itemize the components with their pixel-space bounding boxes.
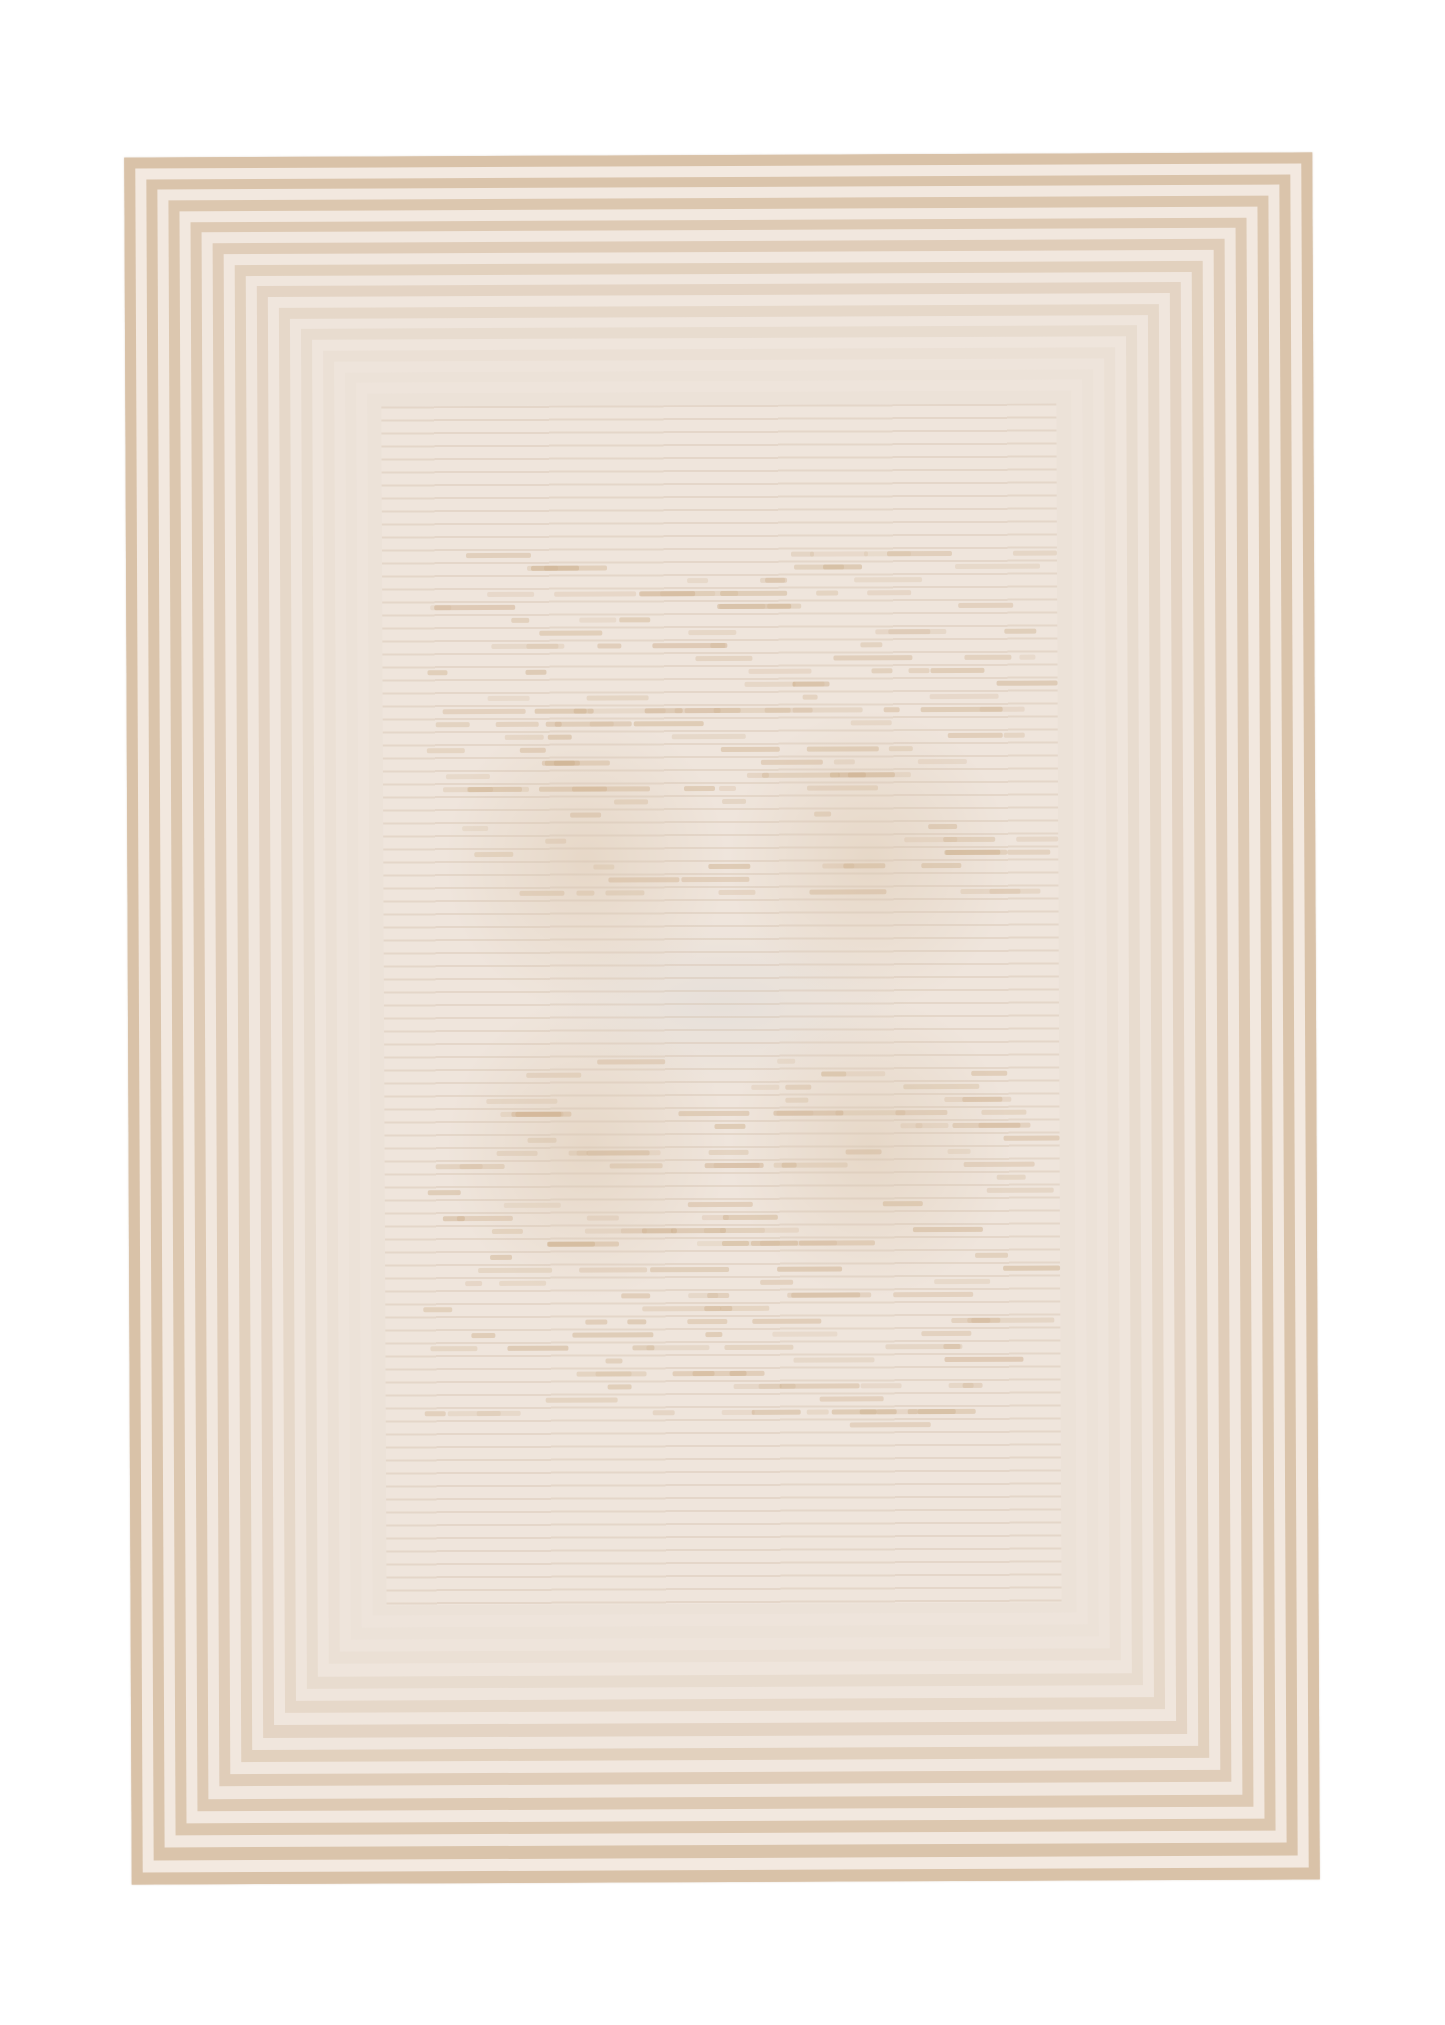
field-streak bbox=[436, 722, 471, 727]
field-streak bbox=[963, 1162, 1035, 1167]
field-streak bbox=[520, 748, 546, 753]
field-streak bbox=[767, 604, 801, 609]
field-streak bbox=[606, 890, 644, 895]
field-streak bbox=[765, 578, 787, 583]
field-streak bbox=[955, 564, 1039, 569]
field-streak bbox=[761, 760, 824, 765]
rug bbox=[124, 152, 1320, 1884]
field-streak bbox=[539, 787, 607, 792]
product-photo bbox=[0, 0, 1445, 2025]
field-streak bbox=[427, 748, 465, 753]
field-streak bbox=[807, 785, 878, 790]
field-streak bbox=[975, 1253, 1008, 1258]
field-streak bbox=[443, 709, 526, 714]
field-streak bbox=[576, 1150, 660, 1155]
field-streak bbox=[834, 655, 912, 660]
field-streak bbox=[777, 1266, 842, 1271]
field-streak bbox=[854, 577, 922, 582]
field-streak bbox=[627, 1319, 646, 1324]
field-streak bbox=[807, 746, 879, 751]
field-streak bbox=[930, 694, 999, 699]
field-streak bbox=[708, 864, 750, 869]
field-streak bbox=[436, 1164, 505, 1169]
field-streak bbox=[971, 1071, 1008, 1076]
field-streak bbox=[1013, 551, 1057, 556]
field-streak bbox=[979, 1123, 1031, 1128]
field-streak bbox=[496, 722, 539, 727]
field-streak bbox=[486, 1099, 557, 1104]
field-streak bbox=[580, 617, 617, 622]
field-streak bbox=[752, 1410, 801, 1415]
field-streak bbox=[497, 1151, 538, 1156]
field-streak bbox=[720, 1306, 769, 1311]
field-streak bbox=[539, 631, 602, 636]
field-streak bbox=[893, 1292, 973, 1297]
field-streak bbox=[446, 774, 489, 779]
field-streak bbox=[774, 1162, 848, 1167]
field-streak bbox=[619, 617, 650, 622]
field-streak bbox=[704, 1228, 765, 1233]
field-streak bbox=[687, 578, 708, 583]
field-streak bbox=[467, 787, 529, 792]
field-streak bbox=[744, 682, 795, 687]
field-streak bbox=[587, 1215, 619, 1220]
field-streak bbox=[554, 591, 636, 596]
field-streak bbox=[1005, 629, 1037, 634]
field-streak bbox=[1003, 733, 1024, 738]
field-streak bbox=[997, 681, 1058, 686]
field-streak bbox=[904, 837, 957, 842]
field-streak bbox=[888, 629, 946, 634]
field-streak bbox=[708, 1293, 729, 1298]
field-streak bbox=[695, 656, 752, 661]
field-streak bbox=[882, 1201, 923, 1206]
field-streak bbox=[837, 772, 911, 777]
field-streak bbox=[791, 552, 815, 557]
field-streak bbox=[1020, 655, 1036, 660]
field-streak bbox=[526, 670, 547, 675]
field-streak bbox=[577, 891, 594, 896]
field-streak bbox=[997, 1175, 1026, 1180]
field-streak bbox=[861, 642, 882, 647]
field-streak bbox=[720, 591, 787, 596]
field-streak bbox=[861, 1383, 902, 1388]
field-streak bbox=[688, 630, 736, 635]
field-streak bbox=[748, 669, 811, 674]
field-streak bbox=[851, 720, 892, 725]
field-streak bbox=[794, 1357, 875, 1362]
field-streak bbox=[759, 1384, 782, 1389]
field-streak bbox=[752, 1319, 821, 1324]
field-streak bbox=[921, 1331, 971, 1336]
field-streak bbox=[780, 1383, 860, 1388]
field-streak bbox=[816, 590, 838, 595]
field-streak bbox=[546, 839, 567, 844]
field-streak bbox=[572, 1332, 654, 1337]
field-streak bbox=[724, 1345, 793, 1350]
field-streak bbox=[986, 1188, 1053, 1193]
field-streak bbox=[787, 1292, 871, 1297]
field-streak bbox=[609, 877, 679, 882]
field-streak bbox=[872, 668, 893, 673]
field-streak bbox=[579, 1267, 647, 1272]
field-streak bbox=[785, 1098, 808, 1103]
field-streak bbox=[860, 1409, 876, 1414]
rug-border-stripes bbox=[124, 152, 1312, 157]
field-streak bbox=[554, 761, 575, 766]
field-streak bbox=[555, 721, 632, 726]
field-streak bbox=[531, 566, 579, 571]
field-streak bbox=[487, 592, 534, 597]
field-streak bbox=[633, 721, 703, 726]
field-streak bbox=[916, 1123, 949, 1128]
field-streak bbox=[918, 759, 967, 764]
field-streak bbox=[621, 1228, 672, 1233]
field-streak bbox=[684, 786, 715, 791]
field-streak bbox=[547, 1242, 595, 1247]
field-streak bbox=[944, 1357, 1023, 1362]
field-streak bbox=[614, 799, 648, 804]
field-streak bbox=[793, 682, 825, 687]
field-streak bbox=[803, 695, 818, 700]
field-streak bbox=[904, 1084, 980, 1089]
field-streak bbox=[928, 824, 957, 829]
field-streak bbox=[884, 707, 900, 712]
field-streak bbox=[989, 889, 1020, 894]
field-streak bbox=[794, 564, 844, 569]
field-streak bbox=[947, 733, 1003, 738]
field-streak bbox=[687, 1319, 727, 1324]
field-streak bbox=[889, 746, 913, 751]
field-streak bbox=[545, 1397, 618, 1402]
field-streak bbox=[843, 863, 885, 868]
field-streak bbox=[593, 864, 614, 869]
field-streak bbox=[962, 1097, 1002, 1102]
field-streak bbox=[958, 603, 1013, 608]
field-streak bbox=[846, 1149, 882, 1154]
field-streak bbox=[477, 1411, 501, 1416]
field-streak bbox=[752, 1085, 780, 1090]
rug-center-field bbox=[381, 404, 1061, 1606]
field-streak bbox=[505, 735, 544, 740]
field-streak bbox=[597, 1059, 666, 1064]
field-streak bbox=[519, 891, 565, 896]
field-streak bbox=[646, 1345, 709, 1350]
field-streak bbox=[678, 1111, 750, 1116]
field-streak bbox=[585, 1320, 607, 1325]
field-streak bbox=[709, 1150, 749, 1155]
field-streak bbox=[920, 707, 1002, 712]
field-streak bbox=[835, 1110, 906, 1115]
field-streak bbox=[714, 1163, 760, 1168]
field-streak bbox=[719, 786, 735, 791]
field-streak bbox=[705, 1332, 722, 1337]
field-streak bbox=[1003, 1266, 1060, 1271]
field-streak bbox=[475, 852, 514, 857]
field-streak bbox=[943, 1344, 961, 1349]
field-streak bbox=[688, 1202, 754, 1207]
field-streak bbox=[722, 1215, 778, 1220]
field-streak bbox=[810, 551, 868, 556]
field-streak bbox=[639, 591, 695, 596]
field-streak bbox=[722, 1410, 756, 1415]
field-streak bbox=[430, 1346, 478, 1351]
field-streak bbox=[1007, 850, 1050, 855]
field-streak bbox=[504, 1203, 560, 1208]
field-streak bbox=[548, 735, 571, 740]
field-streak bbox=[693, 1371, 764, 1376]
field-streak bbox=[500, 1281, 546, 1286]
field-streak bbox=[542, 760, 610, 765]
field-streak bbox=[534, 709, 587, 714]
field-streak bbox=[457, 1216, 513, 1221]
field-streak bbox=[722, 1241, 749, 1246]
field-streak bbox=[507, 1346, 568, 1351]
field-streak bbox=[834, 759, 855, 764]
field-streak bbox=[934, 1279, 990, 1284]
field-streak bbox=[814, 812, 831, 817]
field-streak bbox=[478, 1268, 552, 1273]
field-streak bbox=[772, 1332, 837, 1337]
field-streak bbox=[913, 1227, 982, 1232]
field-streak bbox=[820, 1396, 884, 1401]
field-streak bbox=[528, 1138, 557, 1143]
field-streak bbox=[642, 1306, 721, 1311]
field-streak bbox=[714, 1124, 745, 1129]
field-streak bbox=[949, 1383, 974, 1388]
field-streak bbox=[908, 668, 929, 673]
field-streak bbox=[576, 1371, 647, 1376]
field-streak bbox=[918, 1409, 976, 1414]
field-streak bbox=[887, 551, 951, 556]
field-streak bbox=[607, 1384, 632, 1389]
field-streak bbox=[610, 1163, 663, 1168]
field-streak bbox=[777, 1059, 795, 1064]
field-streak bbox=[1003, 1136, 1059, 1141]
field-streak bbox=[751, 1241, 799, 1246]
field-streak bbox=[431, 605, 452, 610]
field-streak bbox=[512, 618, 529, 623]
field-streak bbox=[722, 799, 746, 804]
field-streak bbox=[492, 1229, 523, 1234]
field-streak bbox=[423, 1307, 452, 1312]
field-streak bbox=[850, 1422, 932, 1427]
field-streak bbox=[500, 1112, 563, 1117]
field-streak bbox=[760, 1280, 793, 1285]
field-streak bbox=[810, 889, 887, 894]
field-streak bbox=[721, 747, 780, 752]
field-streak bbox=[488, 696, 530, 701]
field-streak bbox=[462, 826, 489, 831]
field-streak bbox=[807, 1410, 830, 1415]
field-streak bbox=[428, 670, 447, 675]
field-streak bbox=[822, 1071, 847, 1076]
field-streak bbox=[527, 644, 564, 649]
field-streak bbox=[1016, 837, 1058, 842]
field-streak bbox=[793, 707, 863, 712]
field-streak bbox=[965, 655, 1012, 660]
field-streak bbox=[877, 1409, 918, 1414]
field-streak bbox=[442, 1216, 464, 1221]
field-streak bbox=[729, 1371, 746, 1376]
field-streak bbox=[773, 1110, 843, 1115]
field-streak bbox=[944, 850, 1007, 855]
field-streak bbox=[922, 863, 962, 868]
field-streak bbox=[526, 1073, 582, 1078]
field-streak bbox=[587, 695, 649, 700]
field-streak bbox=[605, 1358, 622, 1363]
field-streak bbox=[427, 1190, 460, 1195]
field-streak bbox=[948, 1149, 970, 1154]
field-streak bbox=[718, 890, 755, 895]
field-streak bbox=[597, 643, 621, 648]
field-streak bbox=[570, 813, 601, 818]
field-streak bbox=[471, 1333, 495, 1338]
field-streak bbox=[424, 1411, 446, 1416]
field-streak bbox=[653, 1410, 675, 1415]
field-streak bbox=[682, 877, 749, 882]
field-streak bbox=[672, 734, 746, 739]
field-streak bbox=[651, 1267, 729, 1272]
field-streak bbox=[967, 1318, 990, 1323]
field-streak bbox=[466, 1281, 483, 1286]
field-streak bbox=[588, 708, 666, 713]
field-streak bbox=[867, 590, 911, 595]
field-streak bbox=[930, 668, 984, 673]
field-streak bbox=[786, 1085, 812, 1090]
field-streak bbox=[621, 1293, 650, 1298]
field-streak bbox=[762, 772, 841, 777]
field-streak bbox=[490, 1255, 512, 1260]
field-streak bbox=[466, 553, 531, 558]
field-streak bbox=[710, 643, 726, 648]
field-streak bbox=[981, 1110, 1026, 1115]
